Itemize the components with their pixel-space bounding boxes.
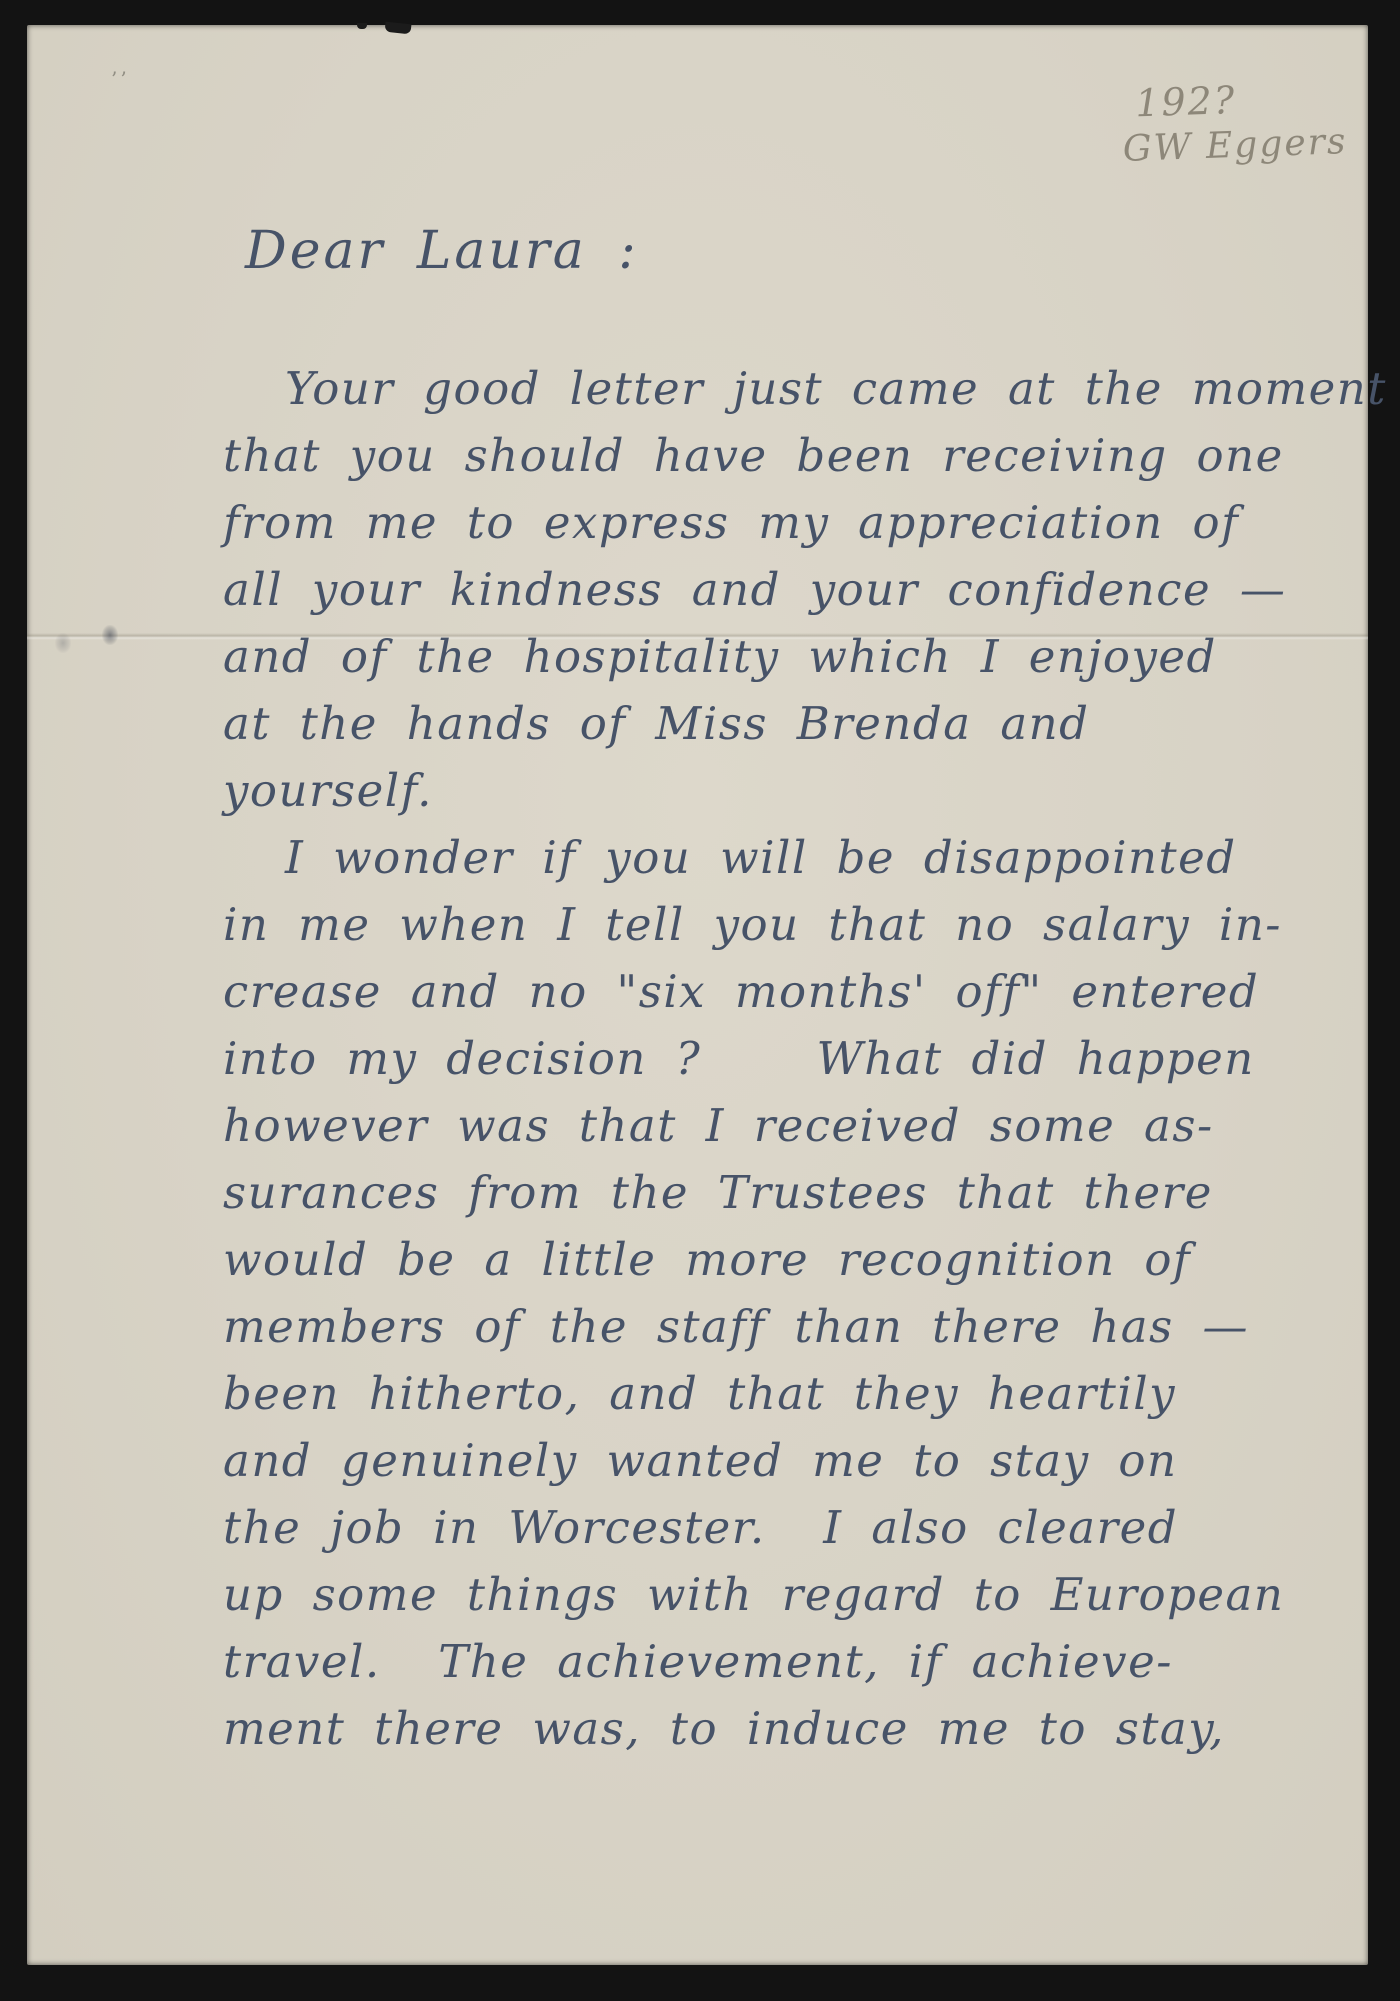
letter-line: and of the hospitality which I enjoyed — [223, 623, 1298, 690]
letter-line: been hitherto, and that they heartily — [223, 1360, 1298, 1427]
letter-line: all your kindness and your confidence — — [223, 556, 1298, 623]
letter-line: and genuinely wanted me to stay on — [223, 1427, 1298, 1494]
letter-line: that you should have been receiving one — [223, 422, 1298, 489]
letter-line: yourself. — [223, 757, 1298, 824]
scan-speck — [357, 23, 367, 29]
scanned-letter-page: ’’ 192? GW Eggers Dear Laura : Your good… — [0, 0, 1400, 2001]
letter-line: travel. The achievement, if achieve- — [223, 1628, 1298, 1695]
letter-line: the job in Worcester. I also cleared — [223, 1494, 1298, 1561]
letter-line: ment there was, to induce me to stay, — [223, 1695, 1298, 1762]
ink-smudge — [55, 633, 71, 653]
letter-line: in me when I tell you that no salary in- — [223, 891, 1298, 958]
annotation-date: 192? — [1120, 73, 1346, 127]
letter-line: from me to express my appreciation of — [223, 489, 1298, 556]
scan-speck — [385, 22, 412, 35]
letter-paper-sheet: ’’ 192? GW Eggers Dear Laura : Your good… — [27, 25, 1368, 1965]
pencil-tick-mark: ’’ — [111, 67, 130, 91]
letter-line: into my decision ? What did happen — [223, 1025, 1298, 1092]
letter-line: Your good letter just came at the moment — [223, 355, 1298, 422]
annotation-author: GW Eggers — [1122, 119, 1348, 173]
letter-line: up some things with regard to European — [223, 1561, 1298, 1628]
ink-smudge — [102, 625, 118, 645]
pencil-annotation: 192? GW Eggers — [1120, 73, 1348, 173]
letter-line: however was that I received some as- — [223, 1092, 1298, 1159]
letter-line: crease and no "six months' off" entered — [223, 958, 1298, 1025]
letter-line: surances from the Trustees that there — [223, 1159, 1298, 1226]
letter-line: would be a little more recognition of — [223, 1226, 1298, 1293]
letter-line: at the hands of Miss Brenda and — [223, 690, 1298, 757]
letter-line: members of the staff than there has — — [223, 1293, 1298, 1360]
letter-body: Your good letter just came at the moment… — [223, 355, 1298, 1762]
letter-line: I wonder if you will be disappointed — [223, 824, 1298, 891]
letter-salutation: Dear Laura : — [245, 221, 639, 281]
